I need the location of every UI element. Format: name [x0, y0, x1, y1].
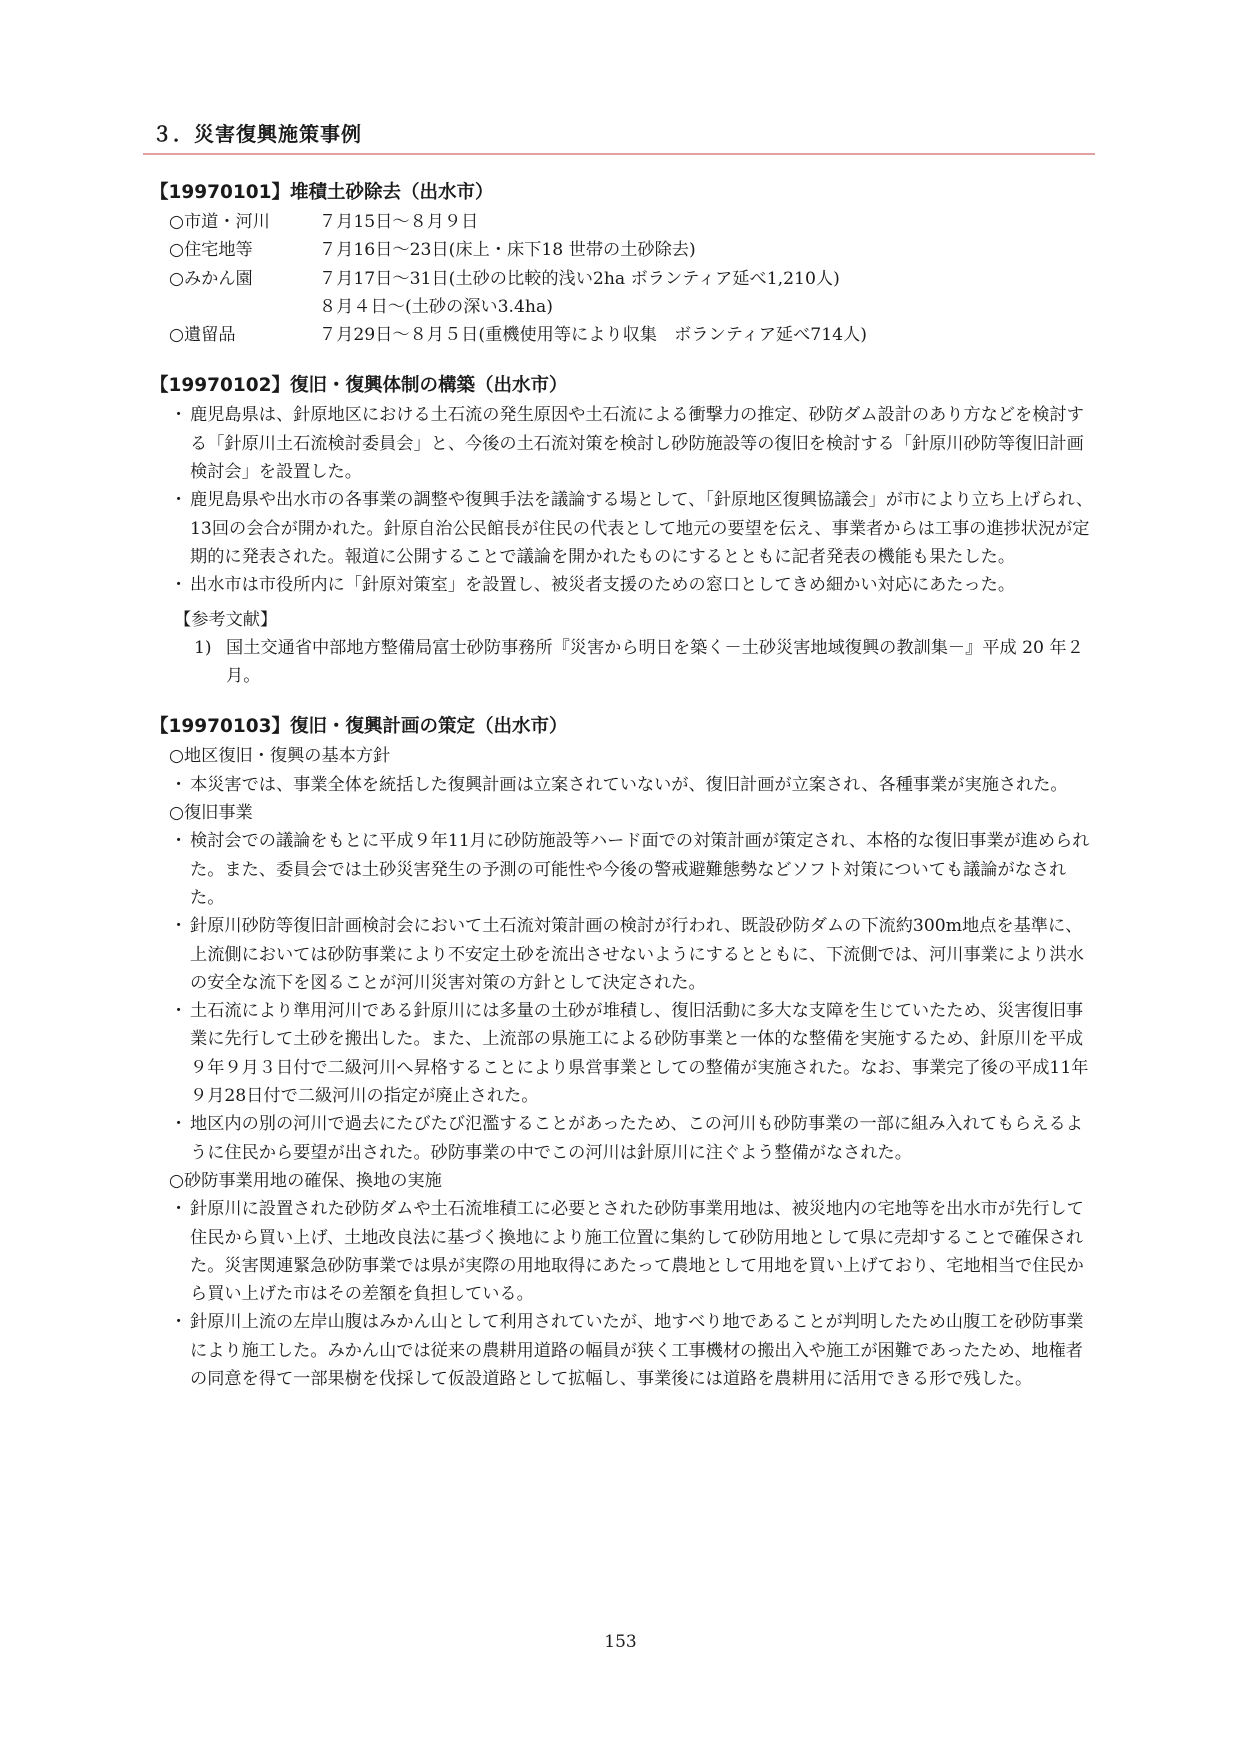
references: 【参考文献】 1) 国土交通省中部地方整備局富士砂防事務所『災害から明日を築く－…: [174, 606, 1095, 691]
schedule-label: ○市道・河川: [169, 208, 319, 236]
schedule-label: ○遺留品: [169, 321, 319, 349]
bullet-glyph: ・: [170, 771, 187, 799]
page-content: 【19970101】堆積土砂除去（出水市） ○市道・河川 ７月15日～８月９日 …: [150, 178, 1095, 1415]
bullet-text: 地区内の別の河川で過去にたびたび氾濫することがあったため、この河川も砂防事業の一…: [190, 1114, 1083, 1162]
bullet-text: 針原川砂防等復旧計画検討会において土石流対策計画の検討が行われ、既設砂防ダムの下…: [190, 916, 1084, 993]
case-19970103: 【19970103】復旧・復興計画の策定（出水市） ○地区復旧・復興の基本方針 …: [150, 712, 1095, 1393]
bullet-text: 鹿児島県や出水市の各事業の調整や復興手法を議論する場として、「針原地区復興協議会…: [190, 490, 1093, 567]
schedule-value: ７月29日～８月５日(重機使用等により収集 ボランティア延べ714人): [319, 321, 867, 349]
schedule-label: ○住宅地等: [169, 236, 319, 264]
bullet-text: 出水市は市役所内に「針原対策室」を設置し、被災者支援のための窓口としてきめ細かい…: [190, 575, 1015, 595]
subsection-heading: ○地区復旧・復興の基本方針: [169, 742, 1095, 770]
bullet-glyph: ・: [170, 912, 187, 940]
bullet-item: ・ 針原川に設置された砂防ダムや土石流堆積工に必要とされた砂防事業用地は、被災地…: [150, 1195, 1095, 1308]
case-19970102: 【19970102】復旧・復興体制の構築（出水市） ・ 鹿児島県は、針原地区にお…: [150, 371, 1095, 690]
bullet-item: ・ 鹿児島県や出水市の各事業の調整や復興手法を議論する場として、「針原地区復興協…: [150, 486, 1095, 571]
bullet-text: 針原川上流の左岸山腹はみかん山として利用されていたが、地すべり地であることが判明…: [190, 1312, 1083, 1389]
schedule-row: ○みかん園 ７月17日～31日(土砂の比較的浅い2ha ボランティア延べ1,21…: [169, 265, 1095, 293]
bullet-glyph: ・: [170, 571, 187, 599]
bullet-glyph: ・: [170, 401, 187, 429]
schedule-row: ○市道・河川 ７月15日～８月９日: [169, 208, 1095, 236]
bullet-item: ・ 地区内の別の河川で過去にたびたび氾濫することがあったため、この河川も砂防事業…: [150, 1110, 1095, 1167]
bullet-glyph: ・: [170, 827, 187, 855]
chapter-title: ３．災害復興施策事例: [152, 118, 362, 147]
reference-item: 1) 国土交通省中部地方整備局富士砂防事務所『災害から明日を築く－土砂災害地域復…: [174, 634, 1095, 691]
bullet-glyph: ・: [170, 1195, 187, 1223]
references-heading: 【参考文献】: [174, 606, 1095, 634]
bullet-text: 針原川に設置された砂防ダムや土石流堆積工に必要とされた砂防事業用地は、被災地内の…: [190, 1199, 1084, 1304]
schedule-value: ７月16日～23日(床上・床下18 世帯の土砂除去): [319, 236, 696, 264]
bullet-item: ・ 検討会での議論をもとに平成９年11月に砂防施設等ハード面での対策計画が策定さ…: [150, 827, 1095, 912]
subsection-heading: ○砂防事業用地の確保、換地の実施: [169, 1167, 1095, 1195]
bullet-glyph: ・: [170, 486, 187, 514]
chapter-divider: [143, 153, 1095, 155]
schedule-label: [169, 293, 319, 321]
bullet-text: 検討会での議論をもとに平成９年11月に砂防施設等ハード面での対策計画が策定され、…: [190, 831, 1089, 908]
schedule-row: ○住宅地等 ７月16日～23日(床上・床下18 世帯の土砂除去): [169, 236, 1095, 264]
page-number: 153: [0, 1632, 1241, 1652]
bullet-text: 土石流により準用河川である針原川には多量の土砂が堆積し、復旧活動に多大な支障を生…: [190, 1001, 1088, 1106]
bullet-glyph: ・: [170, 1308, 187, 1336]
schedule-value: ８月４日～(土砂の深い3.4ha): [319, 293, 553, 321]
case-title: 【19970102】復旧・復興体制の構築（出水市）: [150, 371, 1095, 401]
bullet-glyph: ・: [170, 997, 187, 1025]
subsection-heading: ○復旧事業: [169, 799, 1095, 827]
case-title: 【19970101】堆積土砂除去（出水市）: [150, 178, 1095, 208]
schedule-list: ○市道・河川 ７月15日～８月９日 ○住宅地等 ７月16日～23日(床上・床下1…: [169, 208, 1095, 349]
schedule-value: ７月15日～８月９日: [319, 208, 478, 236]
reference-number: 1): [194, 634, 212, 662]
bullet-text: 鹿児島県は、針原地区における土石流の発生原因や土石流による衝撃力の推定、砂防ダム…: [190, 405, 1084, 482]
schedule-row: ８月４日～(土砂の深い3.4ha): [169, 293, 1095, 321]
bullet-item: ・ 土石流により準用河川である針原川には多量の土砂が堆積し、復旧活動に多大な支障…: [150, 997, 1095, 1110]
document-page: ３．災害復興施策事例 【19970101】堆積土砂除去（出水市） ○市道・河川 …: [0, 0, 1241, 1754]
case-19970101: 【19970101】堆積土砂除去（出水市） ○市道・河川 ７月15日～８月９日 …: [150, 178, 1095, 349]
bullet-item: ・ 針原川上流の左岸山腹はみかん山として利用されていたが、地すべり地であることが…: [150, 1308, 1095, 1393]
bullet-text: 本災害では、事業全体を統括した復興計画は立案されていないが、復旧計画が立案され、…: [190, 775, 1068, 795]
schedule-row: ○遺留品 ７月29日～８月５日(重機使用等により収集 ボランティア延べ714人): [169, 321, 1095, 349]
bullet-item: ・ 鹿児島県は、針原地区における土石流の発生原因や土石流による衝撃力の推定、砂防…: [150, 401, 1095, 486]
bullet-item: ・ 出水市は市役所内に「針原対策室」を設置し、被災者支援のための窓口としてきめ細…: [150, 571, 1095, 599]
schedule-label: ○みかん園: [169, 265, 319, 293]
reference-text: 国土交通省中部地方整備局富士砂防事務所『災害から明日を築く－土砂災害地域復興の教…: [226, 638, 1084, 686]
bullet-glyph: ・: [170, 1110, 187, 1138]
bullet-item: ・ 針原川砂防等復旧計画検討会において土石流対策計画の検討が行われ、既設砂防ダム…: [150, 912, 1095, 997]
case-title: 【19970103】復旧・復興計画の策定（出水市）: [150, 712, 1095, 742]
schedule-value: ７月17日～31日(土砂の比較的浅い2ha ボランティア延べ1,210人): [319, 265, 840, 293]
bullet-item: ・ 本災害では、事業全体を統括した復興計画は立案されていないが、復旧計画が立案さ…: [150, 771, 1095, 799]
